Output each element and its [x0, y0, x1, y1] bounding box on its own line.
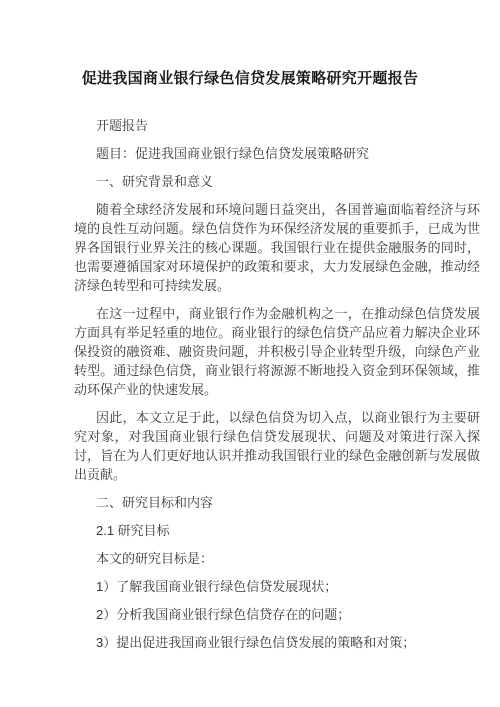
goal-list-item: 2）分析我国商业银行绿色信贷存在的问题； [74, 605, 480, 624]
background-paragraph: 因此，本文立足于此，以绿色信贷为切入点，以商业银行为主要研究对象，对我国商业银行… [74, 408, 480, 484]
document-page: 促进我国商业银行绿色信贷发展策略研究开题报告 开题报告 题目：促进我国商业银行绿… [0, 0, 500, 707]
document-body: 开题报告 题目：促进我国商业银行绿色信贷发展策略研究 一、研究背景和意义 随着全… [74, 116, 480, 652]
report-type-label: 开题报告 [74, 116, 480, 135]
document-title: 促进我国商业银行绿色信贷发展策略研究开题报告 [10, 68, 490, 89]
goal-list-item: 1）了解我国商业银行绿色信贷发展现状； [74, 577, 480, 596]
topic-line: 题目：促进我国商业银行绿色信贷发展策略研究 [74, 144, 480, 163]
background-paragraph: 在这一过程中，商业银行作为金融机构之一，在推动绿色信贷发展方面具有举足轻重的地位… [74, 304, 480, 399]
background-paragraph: 随着全球经济发展和环境问题日益突出，各国普遍面临着经济与环境的良性互动问题。绿色… [74, 200, 480, 295]
subsection-2-1-heading: 2.1 研究目标 [74, 521, 480, 540]
goals-lead-line: 本文的研究目标是： [74, 549, 480, 568]
goal-list-item: 3）提出促进我国商业银行绿色信贷发展的策略和对策； [74, 633, 480, 652]
section-2-heading: 二、研究目标和内容 [74, 493, 480, 512]
section-1-heading: 一、研究背景和意义 [74, 172, 480, 191]
